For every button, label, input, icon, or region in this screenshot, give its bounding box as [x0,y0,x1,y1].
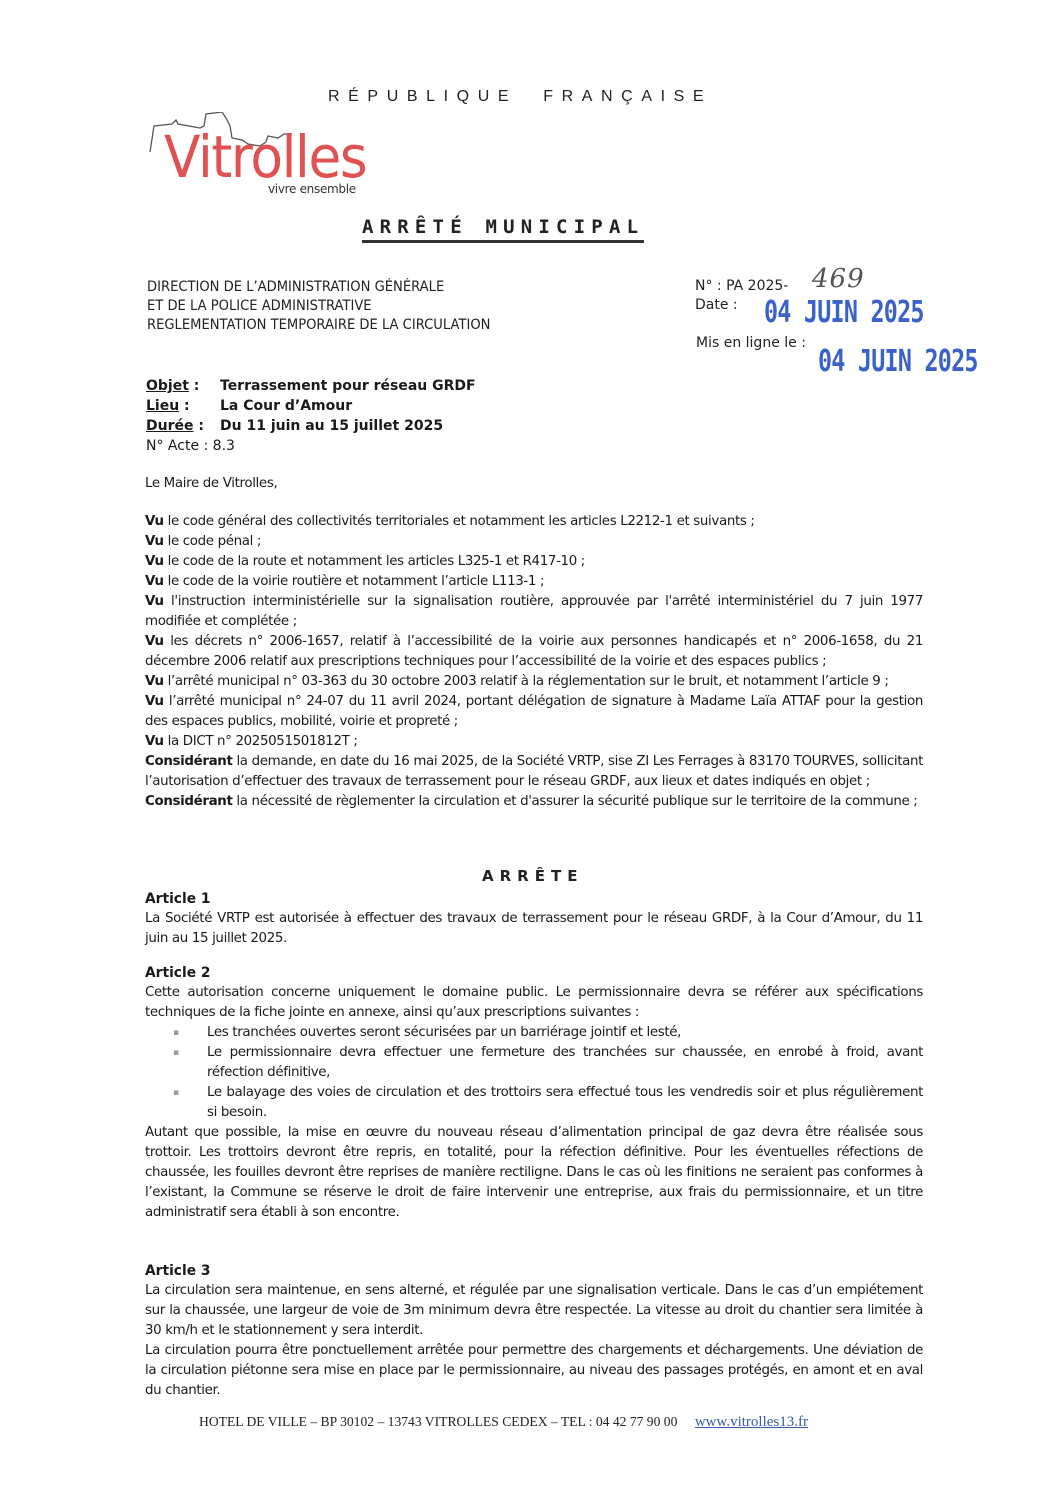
consideration-text: l'instruction interministérielle sur la … [145,594,923,629]
article-3: Article 3 La circulation sera maintenue,… [145,1261,923,1401]
consideration-lead: Considérant [145,754,233,769]
objet-value: Terrassement pour réseau GRDF [220,376,476,396]
article-paragraph: Autant que possible, la mise en œuvre du… [145,1123,923,1223]
lieu-row: Lieu : La Cour d’Amour [146,396,476,416]
consideration-item: Vu l’arrêté municipal n° 03-363 du 30 oc… [145,672,923,692]
consideration-lead: Vu [145,674,164,689]
lieu-value: La Cour d’Amour [220,396,352,416]
article-title: Article 3 [145,1261,923,1281]
consideration-lead: Vu [145,534,164,549]
vitrolles-logo: Vitrolles vivre ensemble [148,112,408,207]
document-title: ARRÊTÉ MUNICIPAL [362,216,644,243]
consideration-text: le code de la route et notamment les art… [164,554,585,569]
consideration-lead: Vu [145,574,164,589]
article-paragraph: La circulation pourra être ponctuellemen… [145,1341,923,1401]
article-paragraph: La Société VRTP est autorisée à effectue… [145,909,923,949]
consideration-item: Vu le code de la voirie routière et nota… [145,572,923,592]
consideration-text: la demande, en date du 16 mai 2025, de l… [145,754,923,789]
consideration-text: les décrets n° 2006-1657, relatif à l’ac… [145,634,923,669]
consideration-item: Vu l’arrêté municipal n° 24-07 du 11 avr… [145,692,923,732]
duree-value: Du 11 juin au 15 juillet 2025 [220,416,443,436]
prescription-item: Les tranchées ouvertes seront sécurisées… [145,1023,923,1043]
lieu-label: Lieu [146,398,179,414]
consideration-text: le code de la voirie routière et notamme… [164,574,544,589]
duree-row: Durée : Du 11 juin au 15 juillet 2025 [146,416,476,436]
consideration-text: la DICT n° 2025051501812T ; [164,734,358,749]
consideration-item: Vu le code pénal ; [145,532,923,552]
consideration-text: l’arrêté municipal n° 24-07 du 11 avril … [145,694,923,729]
prescription-item: Le permissionnaire devra effectuer une f… [145,1043,923,1083]
handwritten-number: 469 [812,264,865,294]
consideration-lead: Considérant [145,794,233,809]
prescription-item: Le balayage des voies de circulation et … [145,1083,923,1123]
article-paragraph: Cette autorisation concerne uniquement l… [145,983,923,1023]
document-page: RÉPUBLIQUE FRANÇAISE Vitrolles vivre ens… [0,0,1058,1496]
footer-address: HOTEL DE VILLE – BP 30102 – 13743 VITROL… [199,1414,677,1429]
consideration-item: Considérant la demande, en date du 16 ma… [145,752,923,792]
article-paragraph: La circulation sera maintenue, en sens a… [145,1281,923,1341]
duree-label: Durée [146,418,193,434]
direction-line: DIRECTION DE L’ADMINISTRATION GÉNÉRALE [147,278,490,297]
consideration-text: le code pénal ; [164,534,261,549]
consideration-item: Vu les décrets n° 2006-1657, relatif à l… [145,632,923,672]
consideration-item: Vu l'instruction interministérielle sur … [145,592,923,632]
consideration-lead: Vu [145,554,164,569]
subject-block: Objet : Terrassement pour réseau GRDF Li… [146,376,476,456]
direction-line: ET DE LA POLICE ADMINISTRATIVE [147,297,490,316]
considerations-list: Vu le code général des collectivités ter… [145,512,923,812]
objet-row: Objet : Terrassement pour réseau GRDF [146,376,476,396]
article-1: Article 1 La Société VRTP est autorisée … [145,889,923,949]
consideration-lead: Vu [145,634,164,649]
online-date-label: Mis en ligne le : [696,335,806,351]
prescriptions-list: Les tranchées ouvertes seront sécurisées… [145,1023,923,1123]
reference-number-label: N° : PA 2025- [695,277,788,296]
consideration-lead: Vu [145,694,164,709]
consideration-text: l’arrêté municipal n° 03-363 du 30 octob… [164,674,889,689]
article-title: Article 2 [145,963,923,983]
article-2: Article 2 Cette autorisation concerne un… [145,963,923,1223]
consideration-item: Considérant la nécessité de règlementer … [145,792,923,812]
consideration-text: la nécessité de règlementer la circulati… [233,794,918,809]
footer: HOTEL DE VILLE – BP 30102 – 13743 VITROL… [199,1414,808,1431]
direction-line: REGLEMENTATION TEMPORAIRE DE LA CIRCULAT… [147,316,490,335]
logo-tagline: vivre ensemble [268,182,356,196]
consideration-lead: Vu [145,594,164,609]
logo-wordmark: Vitrolles [164,128,366,186]
article-title: Article 1 [145,889,923,909]
consideration-item: Vu la DICT n° 2025051501812T ; [145,732,923,752]
issuing-direction: DIRECTION DE L’ADMINISTRATION GÉNÉRALE E… [147,278,509,335]
online-date-stamp: 04 JUIN 2025 [818,344,978,379]
consideration-lead: Vu [145,734,164,749]
arrete-heading: ARRÊTE [482,867,583,885]
objet-label: Objet [146,378,189,394]
mayor-intro: Le Maire de Vitrolles, [145,474,923,494]
website-link[interactable]: www.vitrolles13.fr [695,1414,808,1430]
date-stamp: 04 JUIN 2025 [764,295,924,330]
acte-number: N° Acte : 8.3 [146,436,476,456]
consideration-item: Vu le code général des collectivités ter… [145,512,923,532]
consideration-item: Vu le code de la route et notamment les … [145,552,923,572]
republique-francaise-header: RÉPUBLIQUE FRANÇAISE [328,88,712,106]
consideration-text: le code général des collectivités territ… [164,514,755,529]
consideration-lead: Vu [145,514,164,529]
